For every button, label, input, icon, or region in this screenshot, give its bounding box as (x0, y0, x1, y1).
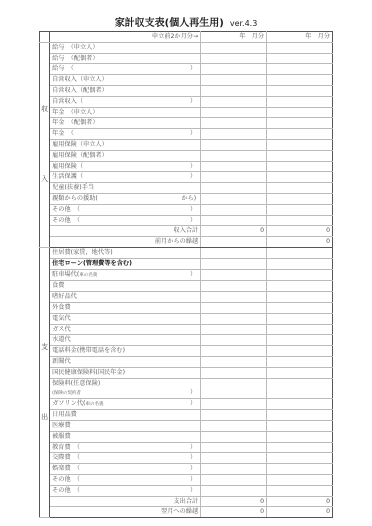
expense-row-label-text: ガソリン代( (52, 400, 85, 407)
expense-row: 水道代 (40, 335, 333, 346)
expense-row-value-col2[interactable] (267, 410, 333, 421)
income-row-label-text: 年金 （ (52, 130, 74, 137)
expense-row-label-text: 娯楽費 （ (52, 465, 80, 472)
income-row-value-col1[interactable] (201, 172, 267, 183)
expense-row-label-text: 水道代 (52, 336, 71, 343)
income-row-paren-close: ） (190, 216, 196, 226)
income-carry-col1 (201, 237, 267, 248)
expense-row: 交際費 （） (40, 453, 333, 464)
income-row-label: 年金 （申立人） (50, 107, 201, 118)
expense-total-label: 支出合計 (50, 496, 201, 507)
income-row-paren-close: ） (190, 205, 196, 215)
income-row: 自営収入（配偶者） (40, 85, 333, 96)
income-row-paren-close: ） (190, 162, 196, 172)
income-row-value-col1[interactable] (201, 85, 267, 96)
expense-row-paren-close: ） (190, 475, 196, 485)
income-row-label-text: その他 （ (52, 217, 80, 224)
expense-row-value-col2[interactable] (267, 281, 333, 292)
expense-row: その他 （） (40, 485, 333, 496)
income-row: 年金 （配偶者） (40, 118, 333, 129)
expense-row-label-text: 医療費 (52, 422, 71, 429)
expense-row-paren-close: ） (190, 453, 196, 463)
income-row-paren-close: ） (190, 64, 196, 74)
income-row-label: 給与 （配偶者） (50, 53, 201, 64)
income-row: 年金 （） (40, 129, 333, 140)
income-row-label-text: 年金 （配偶者） (52, 119, 98, 126)
expense-carry-col2: 0 (267, 507, 333, 518)
income-row-value-col1[interactable] (201, 161, 267, 172)
expense-row-value-col1[interactable] (201, 324, 267, 335)
income-row-value-col2[interactable] (267, 42, 333, 53)
income-row-value-col1[interactable] (201, 183, 267, 194)
expense-row-value-col2[interactable] (267, 313, 333, 324)
income-row-value-col2[interactable] (267, 150, 333, 161)
income-row-value-col1[interactable] (201, 107, 267, 118)
income-row: その他 （） (40, 204, 333, 215)
income-row-value-col2[interactable] (267, 85, 333, 96)
expense-row: ガソリン代(車の名義） (40, 398, 333, 410)
expense-row-value-col1[interactable] (201, 410, 267, 421)
income-row-label: 給与 （） (50, 64, 201, 75)
expense-row-value-col2[interactable] (267, 324, 333, 335)
header-label-col: 申立前2か月分→ (50, 32, 201, 43)
expense-row-value-col1[interactable] (201, 475, 267, 486)
income-row-value-col1[interactable] (201, 215, 267, 226)
income-total-col1: 0 (201, 226, 267, 237)
income-row-label-text: 親類からの援助( (52, 195, 98, 202)
income-total-row: 収入合計00 (40, 226, 333, 237)
expense-row: 娯楽費 （） (40, 464, 333, 475)
expense-section-label-top: 支 (40, 343, 49, 353)
income-row: その他 （） (40, 215, 333, 226)
section-header-blank (40, 32, 50, 43)
income-row-value-col1[interactable] (201, 204, 267, 215)
expense-row-label: 駐車場代(車の名義） (50, 269, 201, 281)
version-label: ver.4.3 (230, 19, 257, 28)
expense-row-value-col1[interactable] (201, 356, 267, 367)
income-row: 雇用保険（配偶者） (40, 150, 333, 161)
expense-row-value-col2[interactable] (267, 346, 333, 357)
income-total-label: 収入合計 (50, 226, 201, 237)
income-row-label-text: 自営収入（申立人） (52, 76, 108, 83)
income-row-label: 雇用保険（配偶者） (50, 150, 201, 161)
income-row-label-text: 児童(扶養)手当 (52, 184, 94, 191)
expense-row-value-col2[interactable] (267, 453, 333, 464)
expense-row-label-note: (保険の契約者 (52, 391, 81, 396)
expense-row-value-col1[interactable] (201, 442, 267, 453)
income-row-value-col2[interactable] (267, 193, 333, 204)
expense-row-value-col2[interactable] (267, 269, 333, 281)
expense-row-value-col2[interactable] (267, 464, 333, 475)
income-row-value-col1[interactable] (201, 150, 267, 161)
expense-row-label: 外食費 (50, 302, 201, 313)
income-row-label-text: 雇用保険（申立人） (52, 141, 108, 148)
expense-row: 保険料(任意保険)(保険の契約者） (40, 378, 333, 398)
income-row-value-col2[interactable] (267, 183, 333, 194)
income-row-label: その他 （） (50, 204, 201, 215)
income-row-label: 自営収入（） (50, 96, 201, 107)
expense-row: 国民健康保険料(国民年金) (40, 367, 333, 378)
income-carry-row: 前月からの繰越0 (40, 237, 333, 248)
income-row: 給与 （） (40, 64, 333, 75)
expense-row-value-col1[interactable] (201, 398, 267, 410)
expense-row-value-col1[interactable] (201, 247, 267, 258)
expense-row-paren-close: ） (190, 270, 196, 280)
expense-row-label: その他 （） (50, 475, 201, 486)
expense-row-label: 住居費(家賃，地代等) (50, 247, 201, 258)
income-row: 雇用保険（申立人） (40, 139, 333, 150)
income-row-value-col1[interactable] (201, 139, 267, 150)
expense-row-value-col2[interactable] (267, 378, 333, 398)
expense-row: 駐車場代(車の名義） (40, 269, 333, 281)
expense-row-label: 被服費 (50, 431, 201, 442)
expense-row: ガス代 (40, 324, 333, 335)
expense-total-col2: 0 (267, 496, 333, 507)
expense-row-label-text: 電気代 (52, 315, 71, 322)
income-row-value-col2[interactable] (267, 64, 333, 75)
expense-row-value-col2[interactable] (267, 475, 333, 486)
income-section-label-top: 収 (40, 105, 49, 115)
income-row-label: 雇用保険（申立人） (50, 139, 201, 150)
income-row-label-text: 年金 （申立人） (52, 109, 98, 116)
income-row: 自営収入（） (40, 96, 333, 107)
income-row: 児童(扶養)手当 (40, 183, 333, 194)
income-row-label: 児童(扶養)手当 (50, 183, 201, 194)
expense-row-value-col2[interactable] (267, 431, 333, 442)
income-row-value-col2[interactable] (267, 96, 333, 107)
header-col1[interactable]: 年 月分 (201, 32, 267, 43)
expense-section-label: 支出 (40, 247, 50, 517)
expense-row-paren-close: ） (190, 443, 196, 453)
expense-carry-label: 翌月への繰越 (50, 507, 201, 518)
income-row-value-col2[interactable] (267, 215, 333, 226)
expense-total-col1: 0 (201, 496, 267, 507)
expense-row-label: 電話料金(携帯電話を含む) (50, 346, 201, 357)
expense-row: 住宅ローン(管理費等を含む) (40, 258, 333, 269)
expense-total-row: 支出合計00 (40, 496, 333, 507)
header-row: 申立前2か月分→ 年 月分 年 月分 (40, 32, 333, 43)
expense-row-value-col2[interactable] (267, 398, 333, 410)
income-row-value-col1[interactable] (201, 75, 267, 86)
expense-row-label-text: 電話料金(携帯電話を含む) (52, 347, 125, 354)
income-row-value-col2[interactable] (267, 161, 333, 172)
income-row-label-text: 生活保護（ (52, 173, 83, 180)
income-row-value-col2[interactable] (267, 118, 333, 129)
income-row-label-text: 給与 （申立人） (52, 44, 98, 51)
expense-row-label: 国民健康保険料(国民年金) (50, 367, 201, 378)
income-row-paren-close: から) (181, 194, 196, 204)
expense-row-value-col2[interactable] (267, 247, 333, 258)
expense-row-paren-close: ） (190, 388, 196, 397)
expense-row-label-text: 保険料(任意保険) (52, 380, 100, 387)
expense-row-label-note: 車の名義 (85, 402, 103, 407)
income-row-label-text: 給与 （ (52, 65, 74, 72)
expense-row-value-col1[interactable] (201, 421, 267, 432)
expense-row-value-col1[interactable] (201, 453, 267, 464)
income-row-label-text: 雇用保険（配偶者） (52, 152, 108, 159)
expense-row-paren-close: ） (190, 486, 196, 496)
expense-row-value-col1[interactable] (201, 281, 267, 292)
expense-row: 被服費 (40, 431, 333, 442)
expense-row-value-col1[interactable] (201, 335, 267, 346)
expense-row-label: 日用品費 (50, 410, 201, 421)
expense-row-value-col1[interactable] (201, 313, 267, 324)
income-carry-col2: 0 (267, 237, 333, 248)
expense-row: 電気代 (40, 313, 333, 324)
expense-row-label: ガス代 (50, 324, 201, 335)
expense-row-value-col1[interactable] (201, 378, 267, 398)
expense-row-label: 食費 (50, 281, 201, 292)
expense-row-label: 水道代 (50, 335, 201, 346)
expense-row-label-text: 食費 (52, 282, 64, 289)
expense-row-label: 教育費 （） (50, 442, 201, 453)
expense-row-value-col2[interactable] (267, 356, 333, 367)
income-row-value-col1[interactable] (201, 96, 267, 107)
expense-row-value-col1[interactable] (201, 269, 267, 281)
expense-row-label: 嗜好品代 (50, 292, 201, 303)
income-row-value-col1[interactable] (201, 129, 267, 140)
expense-row-value-col2[interactable] (267, 485, 333, 496)
income-row-label: 親類からの援助(から) (50, 193, 201, 204)
income-row-paren-close: ） (190, 172, 196, 182)
expense-row: その他 （） (40, 475, 333, 486)
expense-row: 医療費 (40, 421, 333, 432)
expense-row-label-text: 交際費 （ (52, 454, 80, 461)
income-row-value-col2[interactable] (267, 53, 333, 64)
expense-row-label-text: ガス代 (52, 326, 71, 333)
income-row-value-col2[interactable] (267, 172, 333, 183)
income-row: 年金 （申立人） (40, 107, 333, 118)
income-row-value-col2[interactable] (267, 129, 333, 140)
expense-row-label: 医療費 (50, 421, 201, 432)
income-row-label: 生活保護（） (50, 172, 201, 183)
expense-row: 外食費 (40, 302, 333, 313)
expense-row-value-col1[interactable] (201, 367, 267, 378)
income-row-value-col2[interactable] (267, 107, 333, 118)
expense-row-paren-close: ） (190, 399, 196, 409)
income-section-label-bottom: 入 (40, 175, 49, 185)
header-col2[interactable]: 年 月分 (267, 32, 333, 43)
income-row-label: その他 （） (50, 215, 201, 226)
income-row-paren-close: ） (190, 97, 196, 107)
income-row-value-col1[interactable] (201, 64, 267, 75)
income-row: 生活保護（） (40, 172, 333, 183)
expense-row: 新聞代 (40, 356, 333, 367)
income-row: 親類からの援助(から) (40, 193, 333, 204)
income-row-value-col1[interactable] (201, 53, 267, 64)
expense-section-label-bottom: 出 (40, 413, 49, 423)
expense-row-value-col2[interactable] (267, 421, 333, 432)
income-row-label: 雇用保険（） (50, 161, 201, 172)
expense-row-value-col2[interactable] (267, 367, 333, 378)
expense-row-label-text: 駐車場代( (52, 271, 79, 278)
expense-row-label: 交際費 （） (50, 453, 201, 464)
expense-row-label: 電気代 (50, 313, 201, 324)
expense-row-value-col2[interactable] (267, 335, 333, 346)
expense-row-value-col2[interactable] (267, 258, 333, 269)
expense-row-label: 保険料(任意保険)(保険の契約者） (50, 378, 201, 398)
expense-row-value-col2[interactable] (267, 302, 333, 313)
income-total-col2: 0 (267, 226, 333, 237)
expense-row-label-text: 住宅ローン(管理費等を含む) (52, 260, 132, 267)
expense-row-label: 住宅ローン(管理費等を含む) (50, 258, 201, 269)
expense-row-value-col1[interactable] (201, 464, 267, 475)
expense-row-value-col1[interactable] (201, 302, 267, 313)
expense-row: 電話料金(携帯電話を含む) (40, 346, 333, 357)
income-row-value-col1[interactable] (201, 42, 267, 53)
expense-row-label: 新聞代 (50, 356, 201, 367)
expense-row-label-text: その他 （ (52, 487, 80, 494)
income-row-label: 年金 （） (50, 129, 201, 140)
expense-row-label-text: 住居費(家賃，地代等) (52, 249, 113, 256)
expense-row-label-text: 被服費 (52, 433, 71, 440)
expense-row-label: その他 （） (50, 485, 201, 496)
income-section-label: 収入 (40, 42, 50, 247)
income-row-label: 年金 （配偶者） (50, 118, 201, 129)
income-row-label: 自営収入（申立人） (50, 75, 201, 86)
income-row-paren-close: ） (190, 129, 196, 139)
income-row-label-text: その他 （ (52, 206, 80, 213)
expense-row-value-col1[interactable] (201, 292, 267, 303)
income-row-value-col2[interactable] (267, 204, 333, 215)
income-row-label: 自営収入（配偶者） (50, 85, 201, 96)
income-row-value-col2[interactable] (267, 75, 333, 86)
expense-row: 支出住居費(家賃，地代等) (40, 247, 333, 258)
income-row: 雇用保険（） (40, 161, 333, 172)
income-row-label-text: 雇用保険（ (52, 163, 83, 170)
expense-row-label-text: その他 （ (52, 476, 80, 483)
expense-row-label-note: 車の名義 (79, 273, 97, 278)
expense-row-value-col2[interactable] (267, 292, 333, 303)
title-text: 家計収支表(個人再生用) (115, 18, 224, 29)
expense-row-paren-close: ） (190, 464, 196, 474)
expense-row: 日用品費 (40, 410, 333, 421)
budget-table: 申立前2か月分→ 年 月分 年 月分 収入給与 （申立人）給与 （配偶者）給与 … (39, 31, 333, 518)
expense-row-value-col1[interactable] (201, 346, 267, 357)
expense-row-value-col1[interactable] (201, 258, 267, 269)
income-row-label-text: 自営収入（ (52, 98, 83, 105)
expense-row-value-col1[interactable] (201, 431, 267, 442)
expense-row: 食費 (40, 281, 333, 292)
income-row-value-col2[interactable] (267, 139, 333, 150)
income-row: 収入給与 （申立人） (40, 42, 333, 53)
expense-row-label-text: 新聞代 (52, 358, 71, 365)
document-title: 家計収支表(個人再生用)ver.4.3 (0, 14, 372, 29)
expense-row: 嗜好品代 (40, 292, 333, 303)
expense-row-label: ガソリン代(車の名義） (50, 398, 201, 410)
expense-carry-row: 翌月への繰越00 (40, 507, 333, 518)
expense-row-value-col2[interactable] (267, 442, 333, 453)
income-row: 給与 （配偶者） (40, 53, 333, 64)
expense-row-label-text: 国民健康保険料(国民年金) (52, 369, 125, 376)
income-row-value-col1[interactable] (201, 118, 267, 129)
income-row-value-col1[interactable] (201, 193, 267, 204)
expense-row-label-text: 外食費 (52, 304, 71, 311)
income-row: 自営収入（申立人） (40, 75, 333, 86)
expense-row-label: 娯楽費 （） (50, 464, 201, 475)
expense-carry-col1: 0 (201, 507, 267, 518)
expense-row-label-text: 嗜好品代 (52, 293, 77, 300)
income-row-label-text: 給与 （配偶者） (52, 55, 98, 62)
expense-row-label-text: 日用品費 (52, 411, 77, 418)
expense-row: 教育費 （） (40, 442, 333, 453)
income-row-label-text: 自営収入（配偶者） (52, 87, 108, 94)
income-row-label: 給与 （申立人） (50, 42, 201, 53)
expense-row-value-col1[interactable] (201, 485, 267, 496)
income-carry-label: 前月からの繰越 (50, 237, 201, 248)
expense-row-label-text: 教育費 （ (52, 444, 80, 451)
